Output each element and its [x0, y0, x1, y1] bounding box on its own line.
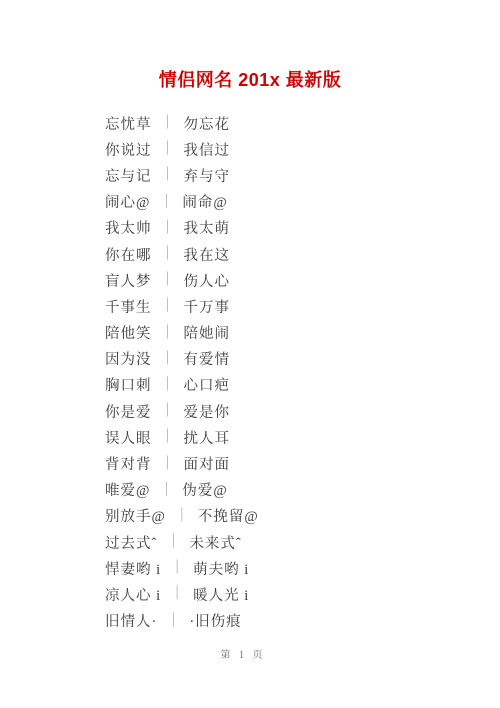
right-name: 我太萌 — [184, 217, 231, 238]
nickname-row: 误人眼 ｜ 扰人耳 — [105, 424, 259, 450]
nickname-row: 你是爱 ｜ 爱是你 — [105, 398, 259, 424]
left-name: 旧情人· — [105, 610, 157, 631]
left-name: 背对背 — [105, 453, 152, 474]
right-name: 有爱情 — [184, 348, 231, 369]
left-name: 胸口刺 — [105, 374, 152, 395]
nickname-row: 悍妻哟 i ｜ 萌夫哟 i — [105, 555, 259, 581]
nickname-row: 你说过 ｜ 我信过 — [105, 136, 259, 162]
separator-bar: ｜ — [170, 557, 184, 577]
nickname-row: 凉人心 i ｜ 暖人光 i — [105, 581, 259, 607]
left-name: 凉人心 i — [105, 584, 161, 605]
nickname-row: 唯爱@ ｜ 伪爱@ — [105, 477, 259, 503]
separator-bar: ｜ — [161, 374, 175, 394]
nickname-row: 盲人梦 ｜ 伤人心 — [105, 267, 259, 293]
left-name: 误人眼 — [105, 427, 152, 448]
nickname-row: 背对背 ｜ 面对面 — [105, 450, 259, 476]
page-footer: 第 1 页 — [0, 646, 486, 661]
nickname-row: 过去式ˆ ｜ 未来式ˆ — [105, 529, 259, 555]
right-name: 伪爱@ — [182, 479, 227, 500]
left-name: 盲人梦 — [105, 270, 152, 291]
left-name: 因为没 — [105, 348, 152, 369]
separator-bar: ｜ — [159, 479, 173, 499]
nickname-row: 忘忧草 ｜ 勿忘花 — [105, 110, 259, 136]
right-name: 千万事 — [184, 296, 231, 317]
separator-bar: ｜ — [166, 531, 180, 551]
left-name: 陪他笑 — [105, 322, 152, 343]
left-name: 唯爱@ — [105, 479, 150, 500]
nickname-row: 我太帅 ｜ 我太萌 — [105, 215, 259, 241]
left-name: 你是爱 — [105, 401, 152, 422]
right-name: 陪她闹 — [184, 322, 231, 343]
left-name: 你说过 — [105, 139, 152, 160]
right-name: 未来式ˆ — [189, 532, 241, 553]
left-name: 忘与记 — [105, 165, 152, 186]
right-name: 暖人光 i — [193, 584, 249, 605]
nickname-row: 胸口刺 ｜ 心口疤 — [105, 372, 259, 398]
separator-bar: ｜ — [159, 191, 173, 211]
separator-bar: ｜ — [166, 610, 180, 630]
right-name: 我在这 — [184, 244, 231, 265]
separator-bar: ｜ — [161, 164, 175, 184]
right-name: 心口疤 — [184, 374, 231, 395]
right-name: 弃与守 — [184, 165, 231, 186]
page-title: 情侣网名 201x 最新版 — [0, 66, 500, 92]
separator-bar: ｜ — [170, 583, 184, 603]
left-name: 过去式ˆ — [105, 532, 157, 553]
nickname-row: 千事生 ｜ 千万事 — [105, 293, 259, 319]
separator-bar: ｜ — [161, 295, 175, 315]
separator-bar: ｜ — [161, 243, 175, 263]
right-name: 闹命@ — [182, 191, 227, 212]
right-name: 扰人耳 — [184, 427, 231, 448]
separator-bar: ｜ — [175, 505, 189, 525]
nickname-row: 闹心@ ｜ 闹命@ — [105, 189, 259, 215]
separator-bar: ｜ — [161, 269, 175, 289]
separator-bar: ｜ — [161, 400, 175, 420]
left-name: 别放手@ — [105, 505, 166, 526]
page-number: 第 1 页 — [221, 650, 266, 661]
right-name: 面对面 — [184, 453, 231, 474]
right-name: 萌夫哟 i — [193, 558, 249, 579]
separator-bar: ｜ — [161, 322, 175, 342]
separator-bar: ｜ — [161, 348, 175, 368]
right-name: ·旧伤痕 — [189, 610, 241, 631]
nickname-row: 别放手@ ｜ 不挽留@ — [105, 503, 259, 529]
right-name: 爱是你 — [184, 401, 231, 422]
left-name: 闹心@ — [105, 191, 150, 212]
nickname-list: 忘忧草 ｜ 勿忘花 你说过 ｜ 我信过 忘与记 ｜ 弃与守 闹心@ ｜ 闹命@ … — [105, 110, 259, 634]
separator-bar: ｜ — [161, 426, 175, 446]
separator-bar: ｜ — [161, 112, 175, 132]
left-name: 悍妻哟 i — [105, 558, 161, 579]
separator-bar: ｜ — [161, 138, 175, 158]
nickname-row: 旧情人· ｜ ·旧伤痕 — [105, 608, 259, 634]
nickname-row: 陪他笑 ｜ 陪她闹 — [105, 320, 259, 346]
left-name: 千事生 — [105, 296, 152, 317]
right-name: 我信过 — [184, 139, 231, 160]
right-name: 勿忘花 — [184, 113, 231, 134]
left-name: 忘忧草 — [105, 113, 152, 134]
separator-bar: ｜ — [161, 453, 175, 473]
left-name: 你在哪 — [105, 244, 152, 265]
right-name: 伤人心 — [184, 270, 231, 291]
nickname-row: 你在哪 ｜ 我在这 — [105, 241, 259, 267]
document-page: 情侣网名 201x 最新版 忘忧草 ｜ 勿忘花 你说过 ｜ 我信过 忘与记 ｜ … — [0, 0, 500, 708]
nickname-row: 因为没 ｜ 有爱情 — [105, 346, 259, 372]
separator-bar: ｜ — [161, 217, 175, 237]
right-name: 不挽留@ — [198, 505, 259, 526]
left-name: 我太帅 — [105, 217, 152, 238]
nickname-row: 忘与记 ｜ 弃与守 — [105, 162, 259, 188]
